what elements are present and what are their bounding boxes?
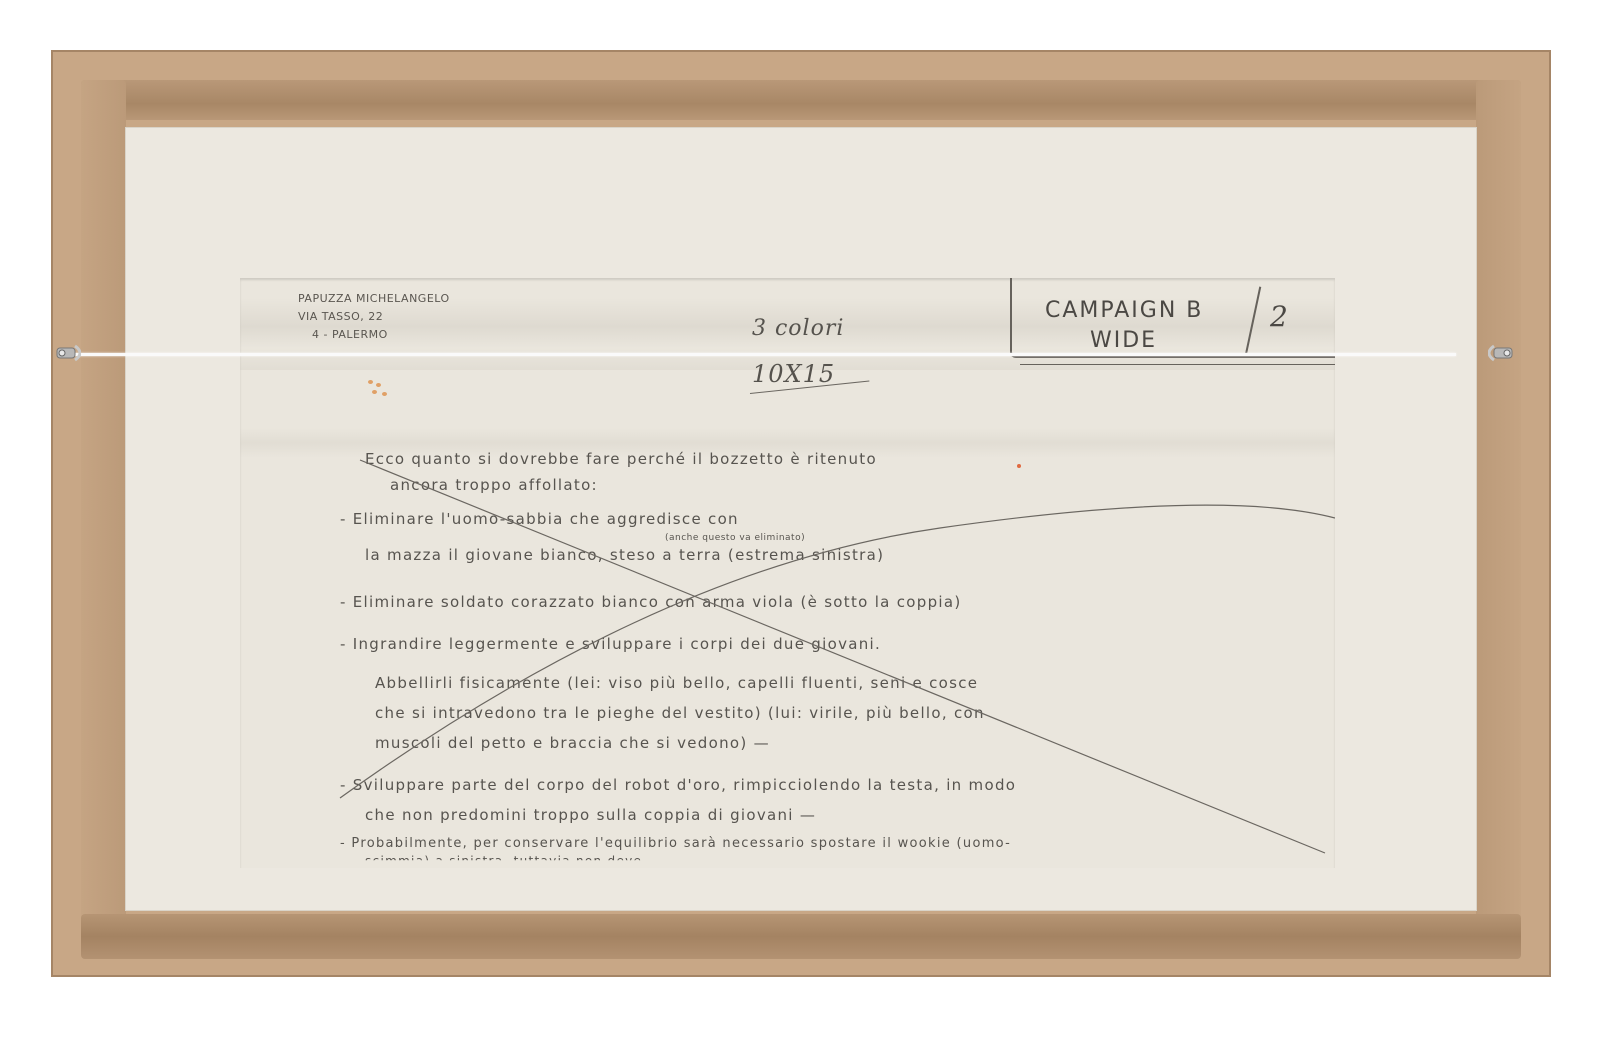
note-item3-line1: - Ingrandire leggermente e sviluppare i … <box>340 635 881 653</box>
frame-rail-left <box>81 80 126 959</box>
frame-rail-top <box>81 80 1521 120</box>
campaign-underline <box>1020 364 1335 365</box>
handwritten-sheet: Papuzza Michelangelo Via Tasso, 22 4 - P… <box>240 278 1335 868</box>
address-city: 4 - Palermo <box>312 328 388 341</box>
address-street: Via Tasso, 22 <box>298 310 383 323</box>
note-item3-line4: muscoli del petto e braccia che si vedon… <box>375 734 770 752</box>
note-item3-line2: Abbellirli fisicamente (lei: viso più be… <box>375 674 978 692</box>
note-item1-line1: - Eliminare l'uomo-sabbia che aggredisce… <box>340 510 739 528</box>
note-item1-inset: (anche questo va eliminato) <box>665 533 805 543</box>
note-intro-1: Ecco quanto si dovrebbe fare perché il b… <box>365 450 877 468</box>
spec-colors: 3 colori <box>752 316 844 341</box>
note-item5-line1: - Probabilmente, per conservare l'equili… <box>340 836 1011 851</box>
hanging-cord <box>66 353 1456 356</box>
note-item4-line2: che non predomini troppo sulla coppia di… <box>365 806 816 824</box>
note-item3-line3: che si intravedono tra le pieghe del ves… <box>375 704 985 722</box>
orange-mark <box>1017 464 1021 468</box>
picture-frame-back: Papuzza Michelangelo Via Tasso, 22 4 - P… <box>51 50 1551 977</box>
note-item2: - Eliminare soldato corazzato bianco con… <box>340 593 962 611</box>
d-ring-right-icon <box>1488 340 1514 366</box>
note-item1-line2: la mazza il giovane bianco, steso a terr… <box>365 546 884 564</box>
frame-rail-right <box>1476 80 1521 959</box>
address-name: Papuzza Michelangelo <box>298 292 450 305</box>
campaign-title: Campaign B <box>1045 298 1203 323</box>
note-item5-line2: scimmia) a sinistra. tuttavia non deve .… <box>365 854 663 868</box>
mat-board: Papuzza Michelangelo Via Tasso, 22 4 - P… <box>125 127 1477 911</box>
campaign-number: 2 <box>1270 300 1289 333</box>
note-item4-line1: - Sviluppare parte del corpo del robot d… <box>340 776 1016 794</box>
campaign-subtitle: Wide <box>1090 328 1157 353</box>
note-intro-2: ancora troppo affollato: <box>390 476 598 494</box>
d-ring-left-icon <box>55 340 81 366</box>
spec-size: 10x15 <box>752 360 835 388</box>
frame-rail-bottom <box>81 914 1521 959</box>
